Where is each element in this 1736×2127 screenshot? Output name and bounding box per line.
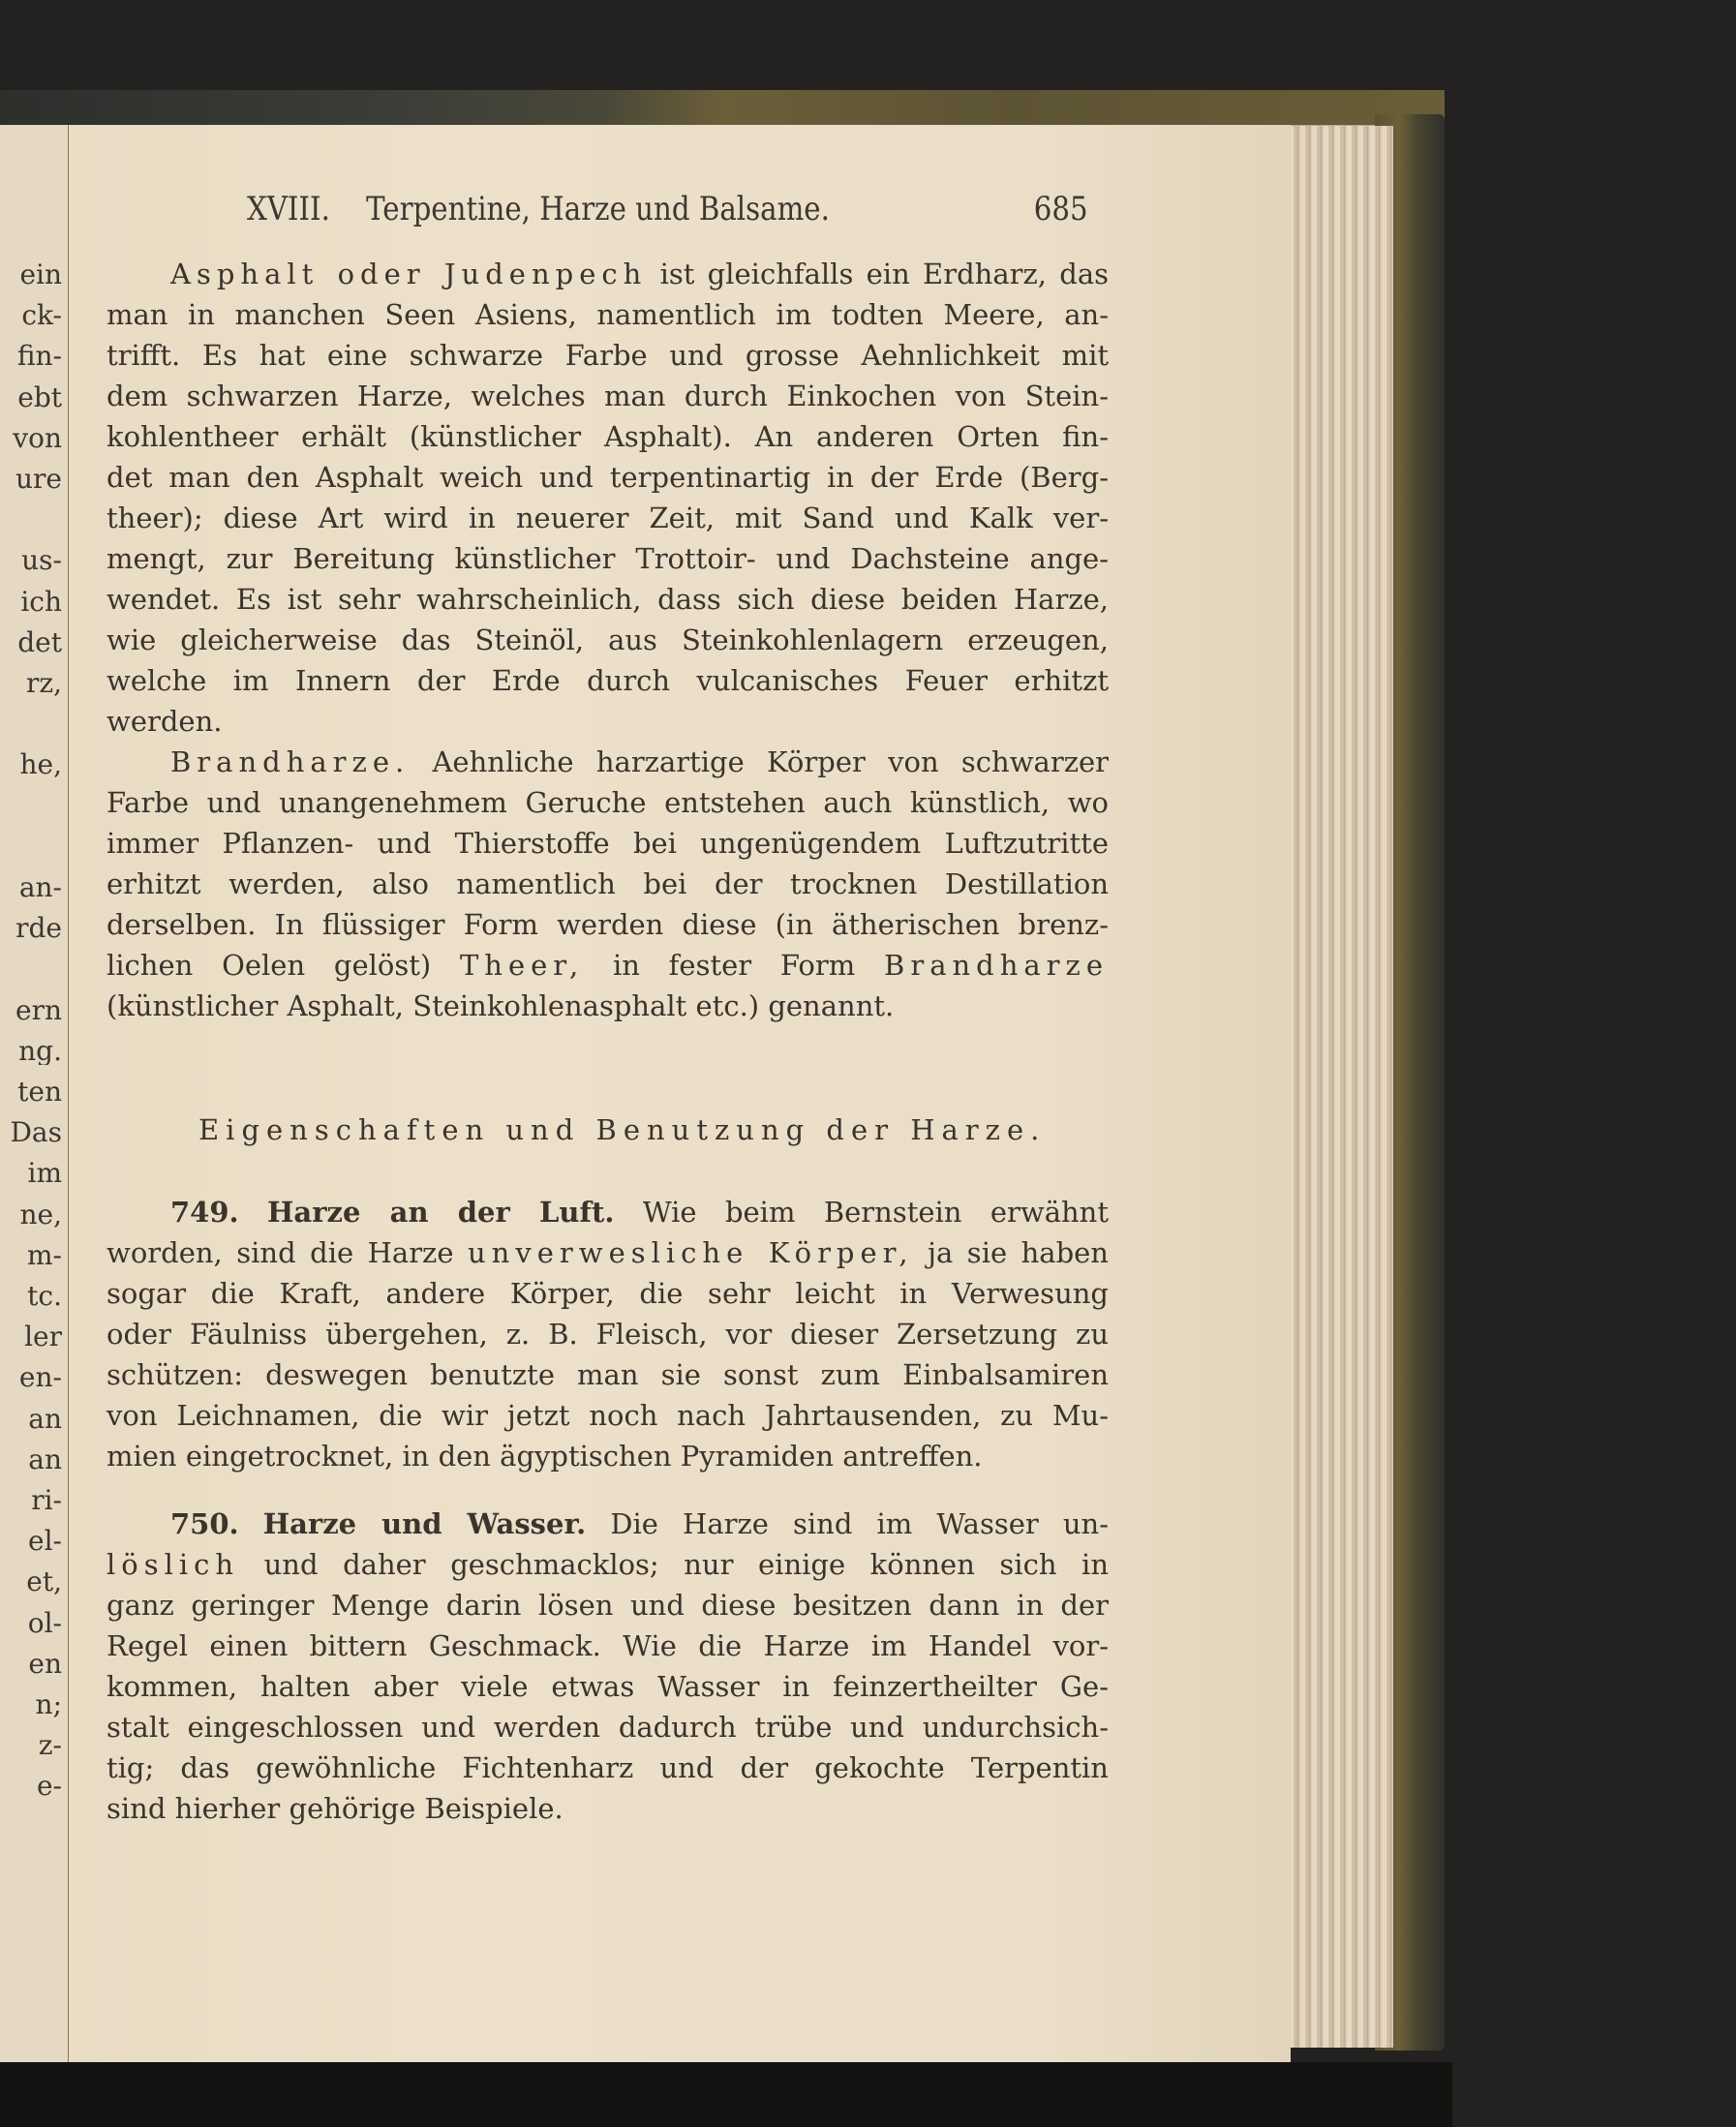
left-page-fragment: en xyxy=(0,1651,62,1678)
spaced-term: Asphalt oder Judenpech xyxy=(170,258,647,290)
left-page-fragment: tc. xyxy=(0,1283,62,1310)
text-line: mengt, zur Bereitung künstlicher Trottoi… xyxy=(107,538,1109,579)
left-page-fragment: Das xyxy=(0,1119,62,1146)
left-page-fragment: ri- xyxy=(0,1487,62,1514)
left-page-fragment: an xyxy=(0,1406,62,1433)
text-line: von Leichnamen, die wir jetzt noch nach … xyxy=(107,1395,1109,1436)
section-title: Harze und Wasser. xyxy=(263,1507,586,1540)
text-line: kohlentheer erhält (künstlicher Asphalt)… xyxy=(107,416,1109,457)
left-page-fragment: rz, xyxy=(0,670,62,697)
left-page-fragment: e- xyxy=(0,1773,62,1800)
text-line: wendet. Es ist sehr wahrscheinlich, dass… xyxy=(107,579,1109,620)
text-line: trifft. Es hat eine schwarze Farbe und g… xyxy=(107,335,1109,376)
left-page-fragment: det xyxy=(0,629,62,656)
spaced-term: Brandharze. xyxy=(170,745,410,778)
text-line: Asphalt oder Judenpech ist gleichfalls e… xyxy=(107,254,1109,294)
spaced-term: Brandharze xyxy=(884,949,1109,982)
text-line: sind hierher gehörige Beispiele. xyxy=(107,1788,1109,1829)
section-number: 750. xyxy=(170,1507,239,1540)
text-line: theer); diese Art wird in neuerer Zeit, … xyxy=(107,498,1109,538)
text-line: stalt eingeschlossen und werden dadurch … xyxy=(107,1707,1109,1747)
chapter-number: XVIII. xyxy=(247,190,330,228)
left-page-fragment: he, xyxy=(0,751,62,778)
left-page-fragment: von xyxy=(0,425,62,452)
text-line: man in manchen Seen Asiens, namentlich i… xyxy=(107,294,1109,335)
text-line: wie gleicherweise das Steinöl, aus Stein… xyxy=(107,620,1109,660)
text-line: kommen, halten aber viele etwas Wasser i… xyxy=(107,1666,1109,1707)
left-page-fragment: an xyxy=(0,1446,62,1474)
left-page-fragment: ure xyxy=(0,466,62,493)
spaced-term: Theer, xyxy=(460,949,584,982)
left-page-fragment: ern xyxy=(0,997,62,1024)
text-line: ganz geringer Menge darin lösen und dies… xyxy=(107,1585,1109,1626)
left-page-fragment: fin- xyxy=(0,343,62,370)
text-line: immer Pflanzen- und Thierstoffe bei unge… xyxy=(107,823,1109,864)
section-title: Harze an der Luft. xyxy=(267,1196,614,1229)
left-page-fragment: rde xyxy=(0,915,62,942)
text-line: worden, sind die Harze unverwesliche Kör… xyxy=(107,1232,1109,1273)
text-line: welche im Innern der Erde durch vulcanis… xyxy=(107,660,1109,701)
text-line: (künstlicher Asphalt, Steinkohlenasphalt… xyxy=(107,986,1109,1026)
left-page-fragment: z- xyxy=(0,1732,62,1759)
running-head: XVIII. Terpentine, Harze und Balsame. 68… xyxy=(247,190,988,228)
text-line: 749. Harze an der Luft. Wie beim Bernste… xyxy=(107,1192,1109,1232)
text-line: sogar die Kraft, andere Körper, die sehr… xyxy=(107,1273,1109,1314)
left-page-fragment: ne, xyxy=(0,1201,62,1229)
text-line: tig; das gewöhnliche Fichtenharz und der… xyxy=(107,1747,1109,1788)
text-line: erhitzt werden, also namentlich bei der … xyxy=(107,864,1109,904)
left-page-fragment: m- xyxy=(0,1242,62,1269)
text-line: löslich und daher geschmacklos; nur eini… xyxy=(107,1544,1109,1585)
left-page-fragment: us- xyxy=(0,547,62,574)
section-number: 749. xyxy=(170,1196,239,1229)
section-heading: Eigenschaften und Benutzung der Harze. xyxy=(198,1113,1046,1146)
bottom-shadow xyxy=(0,2062,1452,2127)
page-fore-edge xyxy=(1288,126,1393,2048)
text-line: 750. Harze und Wasser. Die Harze sind im… xyxy=(107,1504,1109,1544)
text-line: werden. xyxy=(107,701,1109,742)
left-page-fragment: im xyxy=(0,1160,62,1187)
chapter-title: Terpentine, Harze und Balsame. xyxy=(366,190,830,228)
left-page-fragment: ol- xyxy=(0,1610,62,1637)
left-page-fragment: ler xyxy=(0,1323,62,1351)
text-line: Farbe und unangenehmem Geruche entstehen… xyxy=(107,782,1109,823)
text-line: derselben. In flüssiger Form werden dies… xyxy=(107,904,1109,945)
text-line: mien eingetrocknet, in den ägyptischen P… xyxy=(107,1436,1109,1476)
left-page-fragment: et, xyxy=(0,1568,62,1595)
left-page-sliver: einck-fin-ebtvonureus-ichdetrz,he,an-rde… xyxy=(0,125,69,2066)
left-page-fragment: ten xyxy=(0,1079,62,1106)
book-binding-top xyxy=(0,90,1445,127)
text-line: lichen Oelen gelöst) Theer, in fester Fo… xyxy=(107,945,1109,986)
line-text: ist gleichfalls ein Erdharz, das xyxy=(660,258,1109,290)
spaced-term: unverwesliche Körper, xyxy=(468,1236,914,1269)
left-page-fragment: n; xyxy=(0,1691,62,1718)
left-page-fragment: ebt xyxy=(0,384,62,411)
left-page-fragment: el- xyxy=(0,1528,62,1555)
text-line: schützen: deswegen benutzte man sie sons… xyxy=(107,1354,1109,1395)
left-page-fragment: ng. xyxy=(0,1038,62,1065)
text-line: oder Fäulniss übergehen, z. B. Fleisch, … xyxy=(107,1314,1109,1354)
page-number: 685 xyxy=(1034,190,1088,228)
spaced-term: löslich xyxy=(107,1548,239,1581)
text-line: dem schwarzen Harze, welches man durch E… xyxy=(107,376,1109,416)
left-page-fragment: ein xyxy=(0,261,62,289)
left-page-fragment: ck- xyxy=(0,302,62,329)
text-line: det man den Asphalt weich und terpentina… xyxy=(107,457,1109,498)
text-line: Regel einen bittern Geschmack. Wie die H… xyxy=(107,1626,1109,1666)
left-page-fragment: ich xyxy=(0,589,62,616)
text-line: Brandharze. Aehnliche harzartige Körper … xyxy=(107,742,1109,782)
left-page-fragment: an- xyxy=(0,874,62,901)
left-page-fragment: en- xyxy=(0,1364,62,1391)
